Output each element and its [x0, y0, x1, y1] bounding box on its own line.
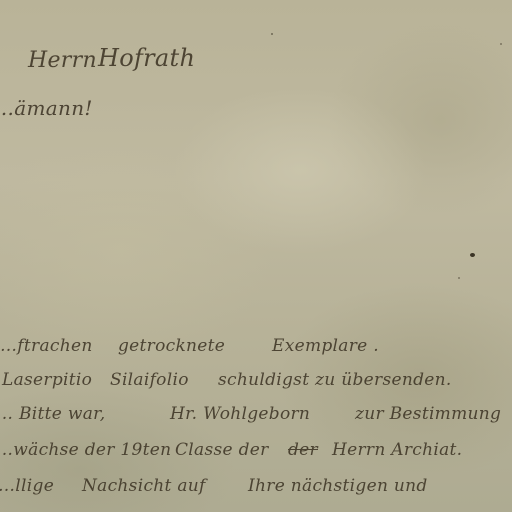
body-line-4-mid: Classe der: [175, 440, 269, 460]
body-line-3-left: … Bitte war,: [0, 404, 105, 424]
body-line-5: …llige Nachsicht auf Ihre nächstigen und: [0, 476, 512, 502]
body-line-2-mid: Silaifolio: [110, 370, 189, 390]
body-line-4-left: …wächse der 19ten: [0, 440, 171, 460]
ink-speck: [470, 253, 475, 257]
body-line-5-mid: Nachsicht auf: [82, 476, 206, 496]
body-line-1: …ftrachen getrocknete Exemplare .: [0, 336, 512, 362]
body-line-3-right: zur Bestimmung: [355, 404, 501, 424]
ink-speck: [458, 277, 460, 279]
ink-speck: [271, 33, 273, 35]
body-line-4-struck-word: der: [288, 440, 318, 460]
body-line-4: …wächse der 19ten Classe der der Herrn A…: [0, 440, 512, 466]
body-line-1-mid: getrocknete: [118, 336, 225, 356]
body-line-2: Laserpitio Silaifolio schuldigst zu über…: [0, 370, 512, 396]
body-line-2-right: schuldigst zu übersenden.: [218, 370, 452, 390]
salutation-line-2: …ämann!: [0, 96, 93, 120]
body-line-5-left: …llige: [0, 476, 54, 496]
body-line-4-right: Herrn Archiat.: [332, 440, 462, 460]
body-line-1-left: …ftrachen: [0, 336, 93, 356]
body-line-3: … Bitte war, Hr. Wohlgeborn zur Bestimmu…: [0, 404, 512, 430]
salutation-word-hofrath: Hofrath: [98, 44, 195, 72]
body-line-1-right: Exemplare .: [272, 336, 379, 356]
body-line-2-left: Laserpitio: [2, 370, 92, 390]
body-line-3-mid: Hr. Wohlgeborn: [170, 404, 310, 424]
ink-speck: [500, 43, 502, 45]
aged-paper-background: [0, 0, 512, 512]
salutation-word-herrn: Herrn: [28, 48, 97, 73]
body-line-5-right: Ihre nächstigen und: [248, 476, 428, 496]
